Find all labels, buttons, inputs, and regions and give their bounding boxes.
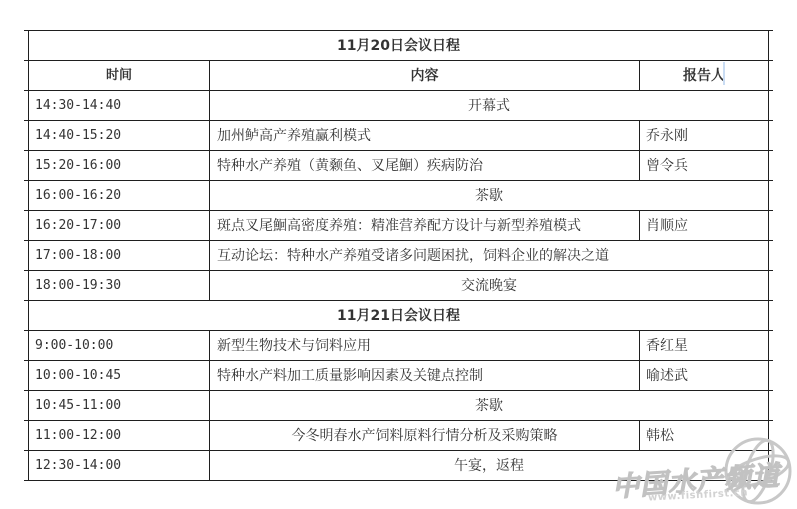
- speaker-cell: 香红星: [640, 331, 768, 360]
- section-title: 11月21日会议日程: [29, 301, 768, 330]
- schedule-row: 10:00-10:45特种水产料加工质量影响因素及关键点控制喻述武: [24, 361, 773, 391]
- speaker-cell: 韩松: [640, 421, 768, 450]
- section-title: 11月20日会议日程: [29, 31, 768, 60]
- content-cell: 今冬明春水产饲料原料行情分析及采购策略: [210, 421, 640, 450]
- content-cell: 午宴，返程: [210, 451, 768, 480]
- time-cell: 12:30-14:00: [29, 451, 210, 480]
- schedule-row: 16:00-16:20茶歇: [24, 181, 773, 211]
- schedule-row: 16:20-17:00斑点叉尾鮰高密度养殖：精准营养配方设计与新型养殖模式肖顺应: [24, 211, 773, 241]
- time-cell: 14:40-15:20: [29, 121, 210, 150]
- table-left-border: [28, 31, 29, 481]
- schedule-table: 11月20日会议日程时间内容报告人14:30-14:40开幕式14:40-15:…: [24, 30, 773, 481]
- content-cell: 茶歇: [210, 181, 768, 210]
- schedule-row: 14:30-14:40开幕式: [24, 91, 773, 121]
- text-cursor-artifact: [723, 62, 725, 85]
- content-cell: 特种水产料加工质量影响因素及关键点控制: [210, 361, 640, 390]
- schedule-row: 10:45-11:00茶歇: [24, 391, 773, 421]
- speaker-cell: 乔永刚: [640, 121, 768, 150]
- content-cell: 开幕式: [210, 91, 768, 120]
- schedule-rows: 11月20日会议日程时间内容报告人14:30-14:40开幕式14:40-15:…: [24, 31, 773, 481]
- time-cell: 11:00-12:00: [29, 421, 210, 450]
- content-cell: 新型生物技术与饲料应用: [210, 331, 640, 360]
- watermark-url: www.fishfirst.cn: [648, 487, 748, 503]
- content-cell: 特种水产养殖（黄颡鱼、叉尾鮰）疾病防治: [210, 151, 640, 180]
- time-cell: 16:20-17:00: [29, 211, 210, 240]
- section-header-row: 11月20日会议日程: [24, 31, 773, 61]
- section-header-row: 11月21日会议日程: [24, 301, 773, 331]
- time-cell: 10:45-11:00: [29, 391, 210, 420]
- schedule-row: 11:00-12:00今冬明春水产饲料原料行情分析及采购策略韩松: [24, 421, 773, 451]
- schedule-row: 18:00-19:30交流晚宴: [24, 271, 773, 301]
- schedule-row: 15:20-16:00特种水产养殖（黄颡鱼、叉尾鮰）疾病防治曾令兵: [24, 151, 773, 181]
- time-cell: 16:00-16:20: [29, 181, 210, 210]
- table-right-border: [768, 31, 769, 481]
- content-cell: 加州鲈高产养殖赢利模式: [210, 121, 640, 150]
- speaker-cell: 喻述武: [640, 361, 768, 390]
- time-cell: 17:00-18:00: [29, 241, 210, 270]
- content-cell: 交流晚宴: [210, 271, 768, 300]
- schedule-row: 9:00-10:00新型生物技术与饲料应用香红星: [24, 331, 773, 361]
- time-cell: 18:00-19:30: [29, 271, 210, 300]
- content-cell: 茶歇: [210, 391, 768, 420]
- column-header-speaker: 报告人: [640, 61, 768, 90]
- content-cell: 互动论坛：特种水产养殖受诸多问题困扰，饲料企业的解决之道: [210, 241, 768, 270]
- time-cell: 15:20-16:00: [29, 151, 210, 180]
- column-header-time: 时间: [29, 61, 210, 90]
- speaker-cell: 曾令兵: [640, 151, 768, 180]
- schedule-row: 14:40-15:20加州鲈高产养殖赢利模式乔永刚: [24, 121, 773, 151]
- time-cell: 10:00-10:45: [29, 361, 210, 390]
- schedule-row: 12:30-14:00午宴，返程: [24, 451, 773, 481]
- time-cell: 14:30-14:40: [29, 91, 210, 120]
- column-header-row: 时间内容报告人: [24, 61, 773, 91]
- content-cell: 斑点叉尾鮰高密度养殖：精准营养配方设计与新型养殖模式: [210, 211, 640, 240]
- column-header-content: 内容: [210, 61, 640, 90]
- time-cell: 9:00-10:00: [29, 331, 210, 360]
- schedule-row: 17:00-18:00互动论坛：特种水产养殖受诸多问题困扰，饲料企业的解决之道: [24, 241, 773, 271]
- speaker-cell: 肖顺应: [640, 211, 768, 240]
